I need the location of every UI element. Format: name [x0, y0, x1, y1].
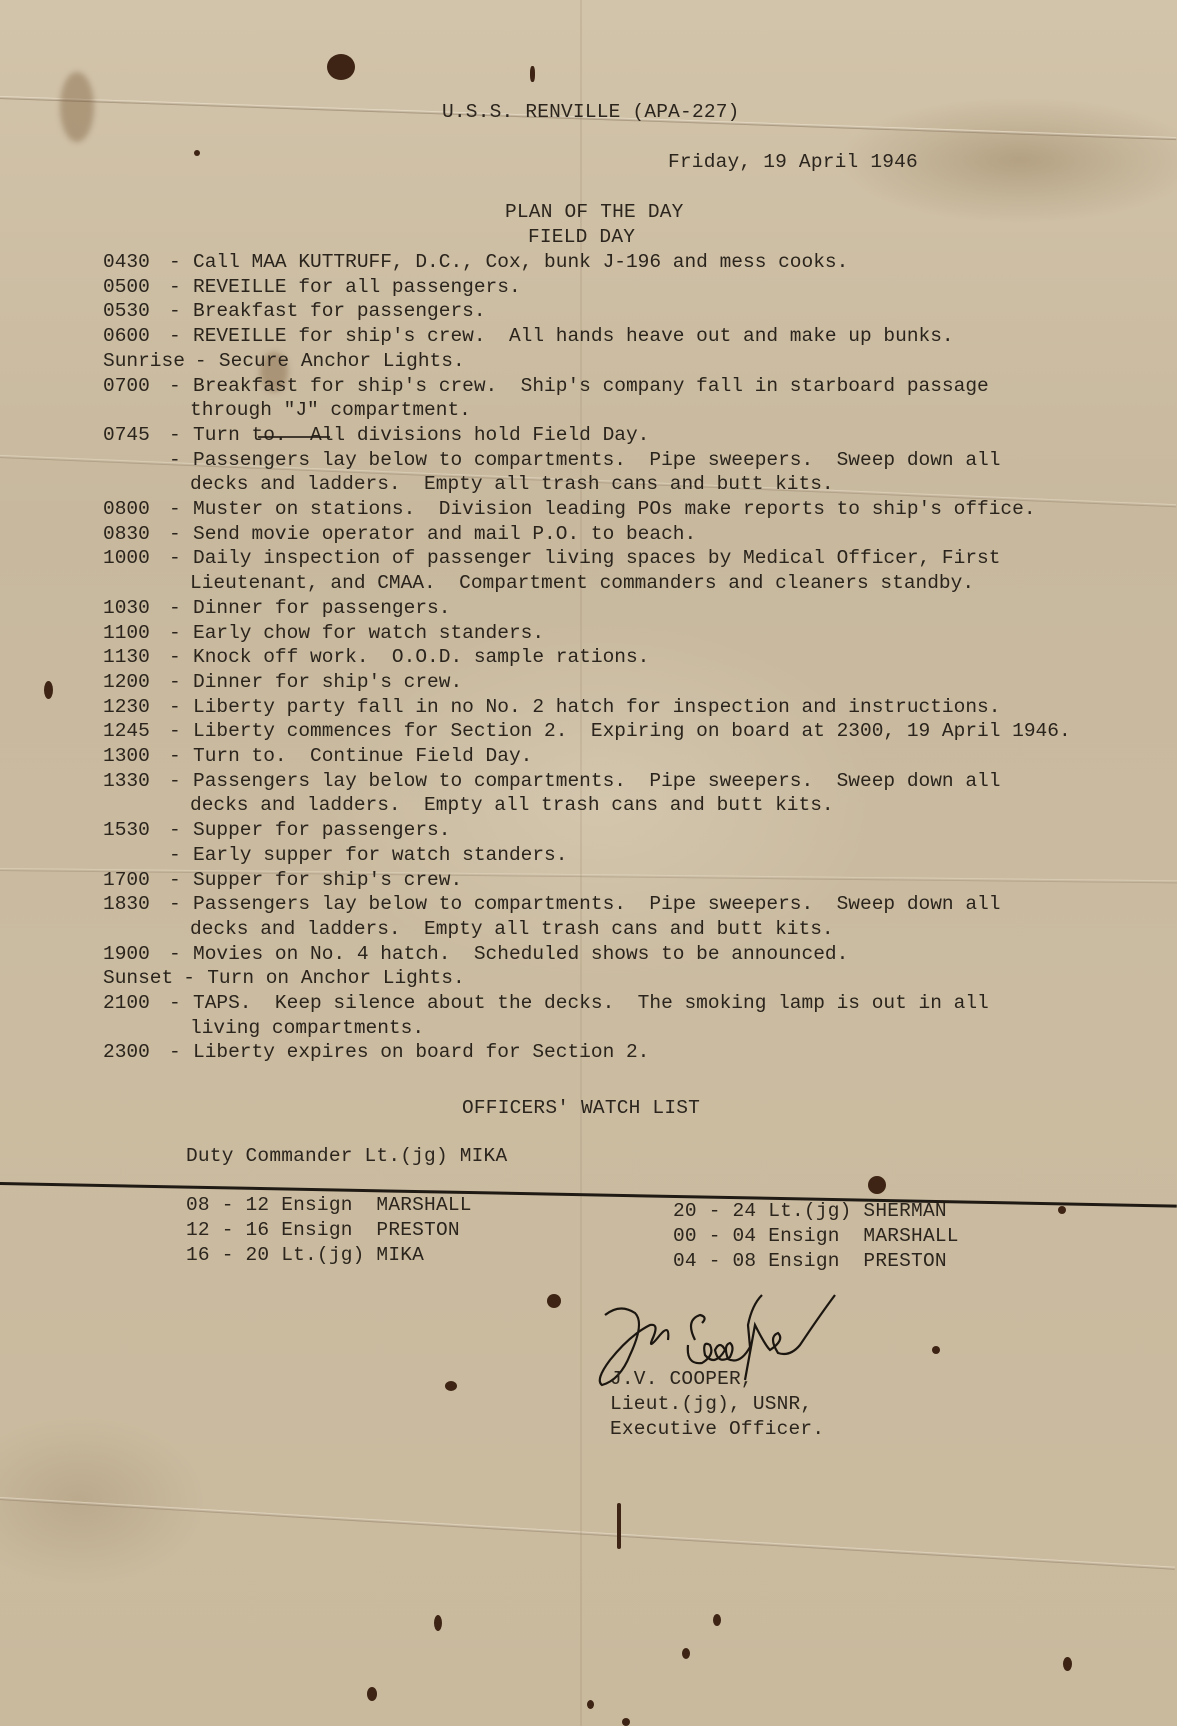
schedule-text: Liberty party fall in no No. 2 hatch for…	[193, 696, 1000, 718]
schedule-text: Knock off work. O.O.D. sample rations.	[193, 646, 649, 668]
ink-spot	[868, 1176, 886, 1194]
schedule-text: Liberty commences for Section 2. Expirin…	[193, 720, 1071, 742]
schedule-text: Secure Anchor Lights.	[219, 350, 465, 372]
schedule-dash: -	[169, 1040, 193, 1064]
schedule-dash: -	[169, 892, 193, 916]
schedule-dash: -	[169, 769, 193, 793]
schedule-dash: -	[169, 670, 193, 694]
schedule-entry: 1030-Dinner for passengers.	[103, 596, 450, 620]
schedule-time: 0430	[103, 250, 169, 274]
schedule-continuation: living compartments.	[190, 1016, 424, 1040]
schedule-time: 1100	[103, 621, 169, 645]
schedule-dash: -	[169, 275, 193, 299]
document-date: Friday, 19 April 1946	[668, 150, 918, 174]
schedule-continuation: through "J" compartment.	[190, 398, 471, 422]
schedule-dash: -	[169, 448, 193, 472]
schedule-dash: -	[169, 942, 193, 966]
signatory-title: Executive Officer.	[610, 1417, 824, 1441]
schedule-dash: -	[169, 621, 193, 645]
schedule-entry: 0800-Muster on stations. Division leadin…	[103, 497, 1036, 521]
schedule-dash: -	[169, 497, 193, 521]
ink-spot	[932, 1346, 940, 1354]
schedule-time: 1200	[103, 670, 169, 694]
watch-left-2: 12 - 16 Ensign PRESTON	[186, 1218, 460, 1242]
schedule-dash: -	[169, 374, 193, 398]
schedule-time: 1330	[103, 769, 169, 793]
stain	[60, 72, 94, 142]
ink-spot	[327, 54, 355, 80]
schedule-text: Supper for passengers.	[193, 819, 450, 841]
schedule-text: Movies on No. 4 hatch. Scheduled shows t…	[193, 943, 848, 965]
schedule-time: 1530	[103, 818, 169, 842]
schedule-time: 2300	[103, 1040, 169, 1064]
ink-spot	[434, 1615, 442, 1631]
schedule-text: REVEILLE for all passengers.	[193, 276, 521, 298]
schedule-dash: -	[169, 991, 193, 1015]
ink-spot	[1058, 1206, 1066, 1214]
schedule-dash: -	[169, 522, 193, 546]
watch-right-2: 00 - 04 Ensign MARSHALL	[673, 1224, 959, 1248]
schedule-text: Muster on stations. Division leading POs…	[193, 498, 1036, 520]
document-page: U.S.S. RENVILLE (APA-227) Friday, 19 Apr…	[0, 0, 1177, 1726]
schedule-time: 0500	[103, 275, 169, 299]
schedule-time: 1245	[103, 719, 169, 743]
schedule-entry: -Early supper for watch standers.	[103, 843, 567, 867]
schedule-time: 2100	[103, 991, 169, 1015]
schedule-continuation: decks and ladders. Empty all trash cans …	[190, 917, 834, 941]
schedule-dash: -	[169, 744, 193, 768]
watch-list-title: OFFICERS' WATCH LIST	[462, 1096, 700, 1120]
schedule-entry: 2100-TAPS. Keep silence about the decks.…	[103, 991, 989, 1015]
schedule-text: Dinner for passengers.	[193, 597, 450, 619]
schedule-text: Send movie operator and mail P.O. to bea…	[193, 523, 696, 545]
schedule-text: Early chow for watch standers.	[193, 622, 544, 644]
schedule-dash: -	[169, 324, 193, 348]
schedule-text: Passengers lay below to compartments. Pi…	[193, 893, 1000, 915]
schedule-dash: -	[169, 719, 193, 743]
schedule-dash: -	[169, 299, 193, 323]
schedule-time: 1300	[103, 744, 169, 768]
schedule-time: 0830	[103, 522, 169, 546]
schedule-text: Daily inspection of passenger living spa…	[193, 547, 1000, 569]
ink-spot	[367, 1687, 377, 1701]
schedule-entry: 0745-Turn to. All divisions hold Field D…	[103, 423, 649, 447]
schedule-continuation: decks and ladders. Empty all trash cans …	[190, 472, 834, 496]
ink-spot	[530, 66, 535, 82]
schedule-entry: 1900-Movies on No. 4 hatch. Scheduled sh…	[103, 942, 848, 966]
schedule-dash: -	[183, 966, 207, 990]
schedule-dash: -	[169, 818, 193, 842]
schedule-entry: 0530-Breakfast for passengers.	[103, 299, 486, 323]
signatory-name: J.V. COOPER,	[610, 1367, 753, 1391]
schedule-dash: -	[169, 645, 193, 669]
schedule-time: 0700	[103, 374, 169, 398]
ink-spot	[713, 1614, 721, 1626]
ink-spot	[682, 1648, 690, 1659]
schedule-dash: -	[169, 546, 193, 570]
schedule-time: 1000	[103, 546, 169, 570]
schedule-time: 1230	[103, 695, 169, 719]
schedule-entry: 1000-Daily inspection of passenger livin…	[103, 546, 1000, 570]
schedule-text: Passengers lay below to compartments. Pi…	[193, 770, 1000, 792]
schedule-text: Turn to. All divisions hold Field Day.	[193, 424, 649, 446]
ink-spot	[44, 681, 53, 699]
watch-left-1: 08 - 12 Ensign MARSHALL	[186, 1193, 472, 1217]
schedule-entry: 0830-Send movie operator and mail P.O. t…	[103, 522, 696, 546]
schedule-time: 0600	[103, 324, 169, 348]
schedule-text: REVEILLE for ship's crew. All hands heav…	[193, 325, 954, 347]
ink-spot	[194, 150, 200, 156]
page-title: PLAN OF THE DAY	[505, 200, 684, 224]
schedule-dash: -	[169, 695, 193, 719]
schedule-entry: 0600-REVEILLE for ship's crew. All hands…	[103, 324, 954, 348]
schedule-text: Breakfast for ship's crew. Ship's compan…	[193, 375, 989, 397]
schedule-dash: -	[195, 349, 219, 373]
schedule-entry: 0500-REVEILLE for all passengers.	[103, 275, 521, 299]
duty-commander: Duty Commander Lt.(jg) MIKA	[186, 1144, 507, 1168]
strikethrough-mark	[258, 436, 330, 438]
schedule-text: Early supper for watch standers.	[193, 844, 567, 866]
schedule-entry: 1830-Passengers lay below to compartment…	[103, 892, 1000, 916]
schedule-dash: -	[169, 423, 193, 447]
ink-spot	[587, 1700, 594, 1709]
fold-crease-bottom	[0, 1497, 1175, 1570]
schedule-text: Turn to. Continue Field Day.	[193, 745, 532, 767]
ink-spot	[1063, 1657, 1072, 1671]
schedule-dash: -	[169, 868, 193, 892]
ink-spot	[547, 1294, 561, 1308]
schedule-time: Sunset	[103, 966, 173, 990]
schedule-text: TAPS. Keep silence about the decks. The …	[193, 992, 989, 1014]
ink-spot	[617, 1503, 621, 1549]
schedule-entry: 1330-Passengers lay below to compartment…	[103, 769, 1000, 793]
schedule-time: 0530	[103, 299, 169, 323]
schedule-entry: 0700-Breakfast for ship's crew. Ship's c…	[103, 374, 989, 398]
watch-right-3: 04 - 08 Ensign PRESTON	[673, 1249, 947, 1273]
schedule-text: Passengers lay below to compartments. Pi…	[193, 449, 1000, 471]
schedule-entry: 1300-Turn to. Continue Field Day.	[103, 744, 532, 768]
schedule-entry: Sunset-Turn on Anchor Lights.	[103, 966, 465, 990]
schedule-time: 1130	[103, 645, 169, 669]
schedule-time: 1830	[103, 892, 169, 916]
schedule-entry: 1700-Supper for ship's crew.	[103, 868, 462, 892]
schedule-dash: -	[169, 843, 193, 867]
schedule-entry: 1530-Supper for passengers.	[103, 818, 450, 842]
watch-left-3: 16 - 20 Lt.(jg) MIKA	[186, 1243, 424, 1267]
schedule-time: 0745	[103, 423, 169, 447]
schedule-entry: 1200-Dinner for ship's crew.	[103, 670, 462, 694]
schedule-dash: -	[169, 596, 193, 620]
schedule-time: 1900	[103, 942, 169, 966]
schedule-text: Supper for ship's crew.	[193, 869, 462, 891]
schedule-entry: Sunrise-Secure Anchor Lights.	[103, 349, 465, 373]
schedule-text: Call MAA KUTTRUFF, D.C., Cox, bunk J-196…	[193, 251, 848, 273]
schedule-dash: -	[169, 250, 193, 274]
schedule-time: Sunrise	[103, 349, 185, 373]
schedule-time: 1700	[103, 868, 169, 892]
watch-right-1: 20 - 24 Lt.(jg) SHERMAN	[673, 1199, 947, 1223]
signatory-rank: Lieut.(jg), USNR,	[610, 1392, 812, 1416]
schedule-entry: 1230-Liberty party fall in no No. 2 hatc…	[103, 695, 1000, 719]
schedule-entry: 1100-Early chow for watch standers.	[103, 621, 544, 645]
ship-header: U.S.S. RENVILLE (APA-227)	[442, 100, 740, 124]
schedule-entry: 1130-Knock off work. O.O.D. sample ratio…	[103, 645, 649, 669]
schedule-entry: 0430-Call MAA KUTTRUFF, D.C., Cox, bunk …	[103, 250, 848, 274]
schedule-text: Liberty expires on board for Section 2.	[193, 1041, 649, 1063]
ruled-line	[0, 1182, 1177, 1208]
ink-spot	[622, 1718, 630, 1726]
schedule-text: Dinner for ship's crew.	[193, 671, 462, 693]
schedule-entry: 1245-Liberty commences for Section 2. Ex…	[103, 719, 1071, 743]
ink-spot	[445, 1381, 457, 1391]
schedule-text: Breakfast for passengers.	[193, 300, 486, 322]
schedule-continuation: Lieutenant, and CMAA. Compartment comman…	[190, 571, 974, 595]
schedule-continuation: decks and ladders. Empty all trash cans …	[190, 793, 834, 817]
page-subtitle: FIELD DAY	[528, 225, 635, 249]
schedule-time: 1030	[103, 596, 169, 620]
schedule-text: Turn on Anchor Lights.	[207, 967, 464, 989]
schedule-time: 0800	[103, 497, 169, 521]
schedule-entry: 2300-Liberty expires on board for Sectio…	[103, 1040, 649, 1064]
schedule-entry: -Passengers lay below to compartments. P…	[103, 448, 1000, 472]
